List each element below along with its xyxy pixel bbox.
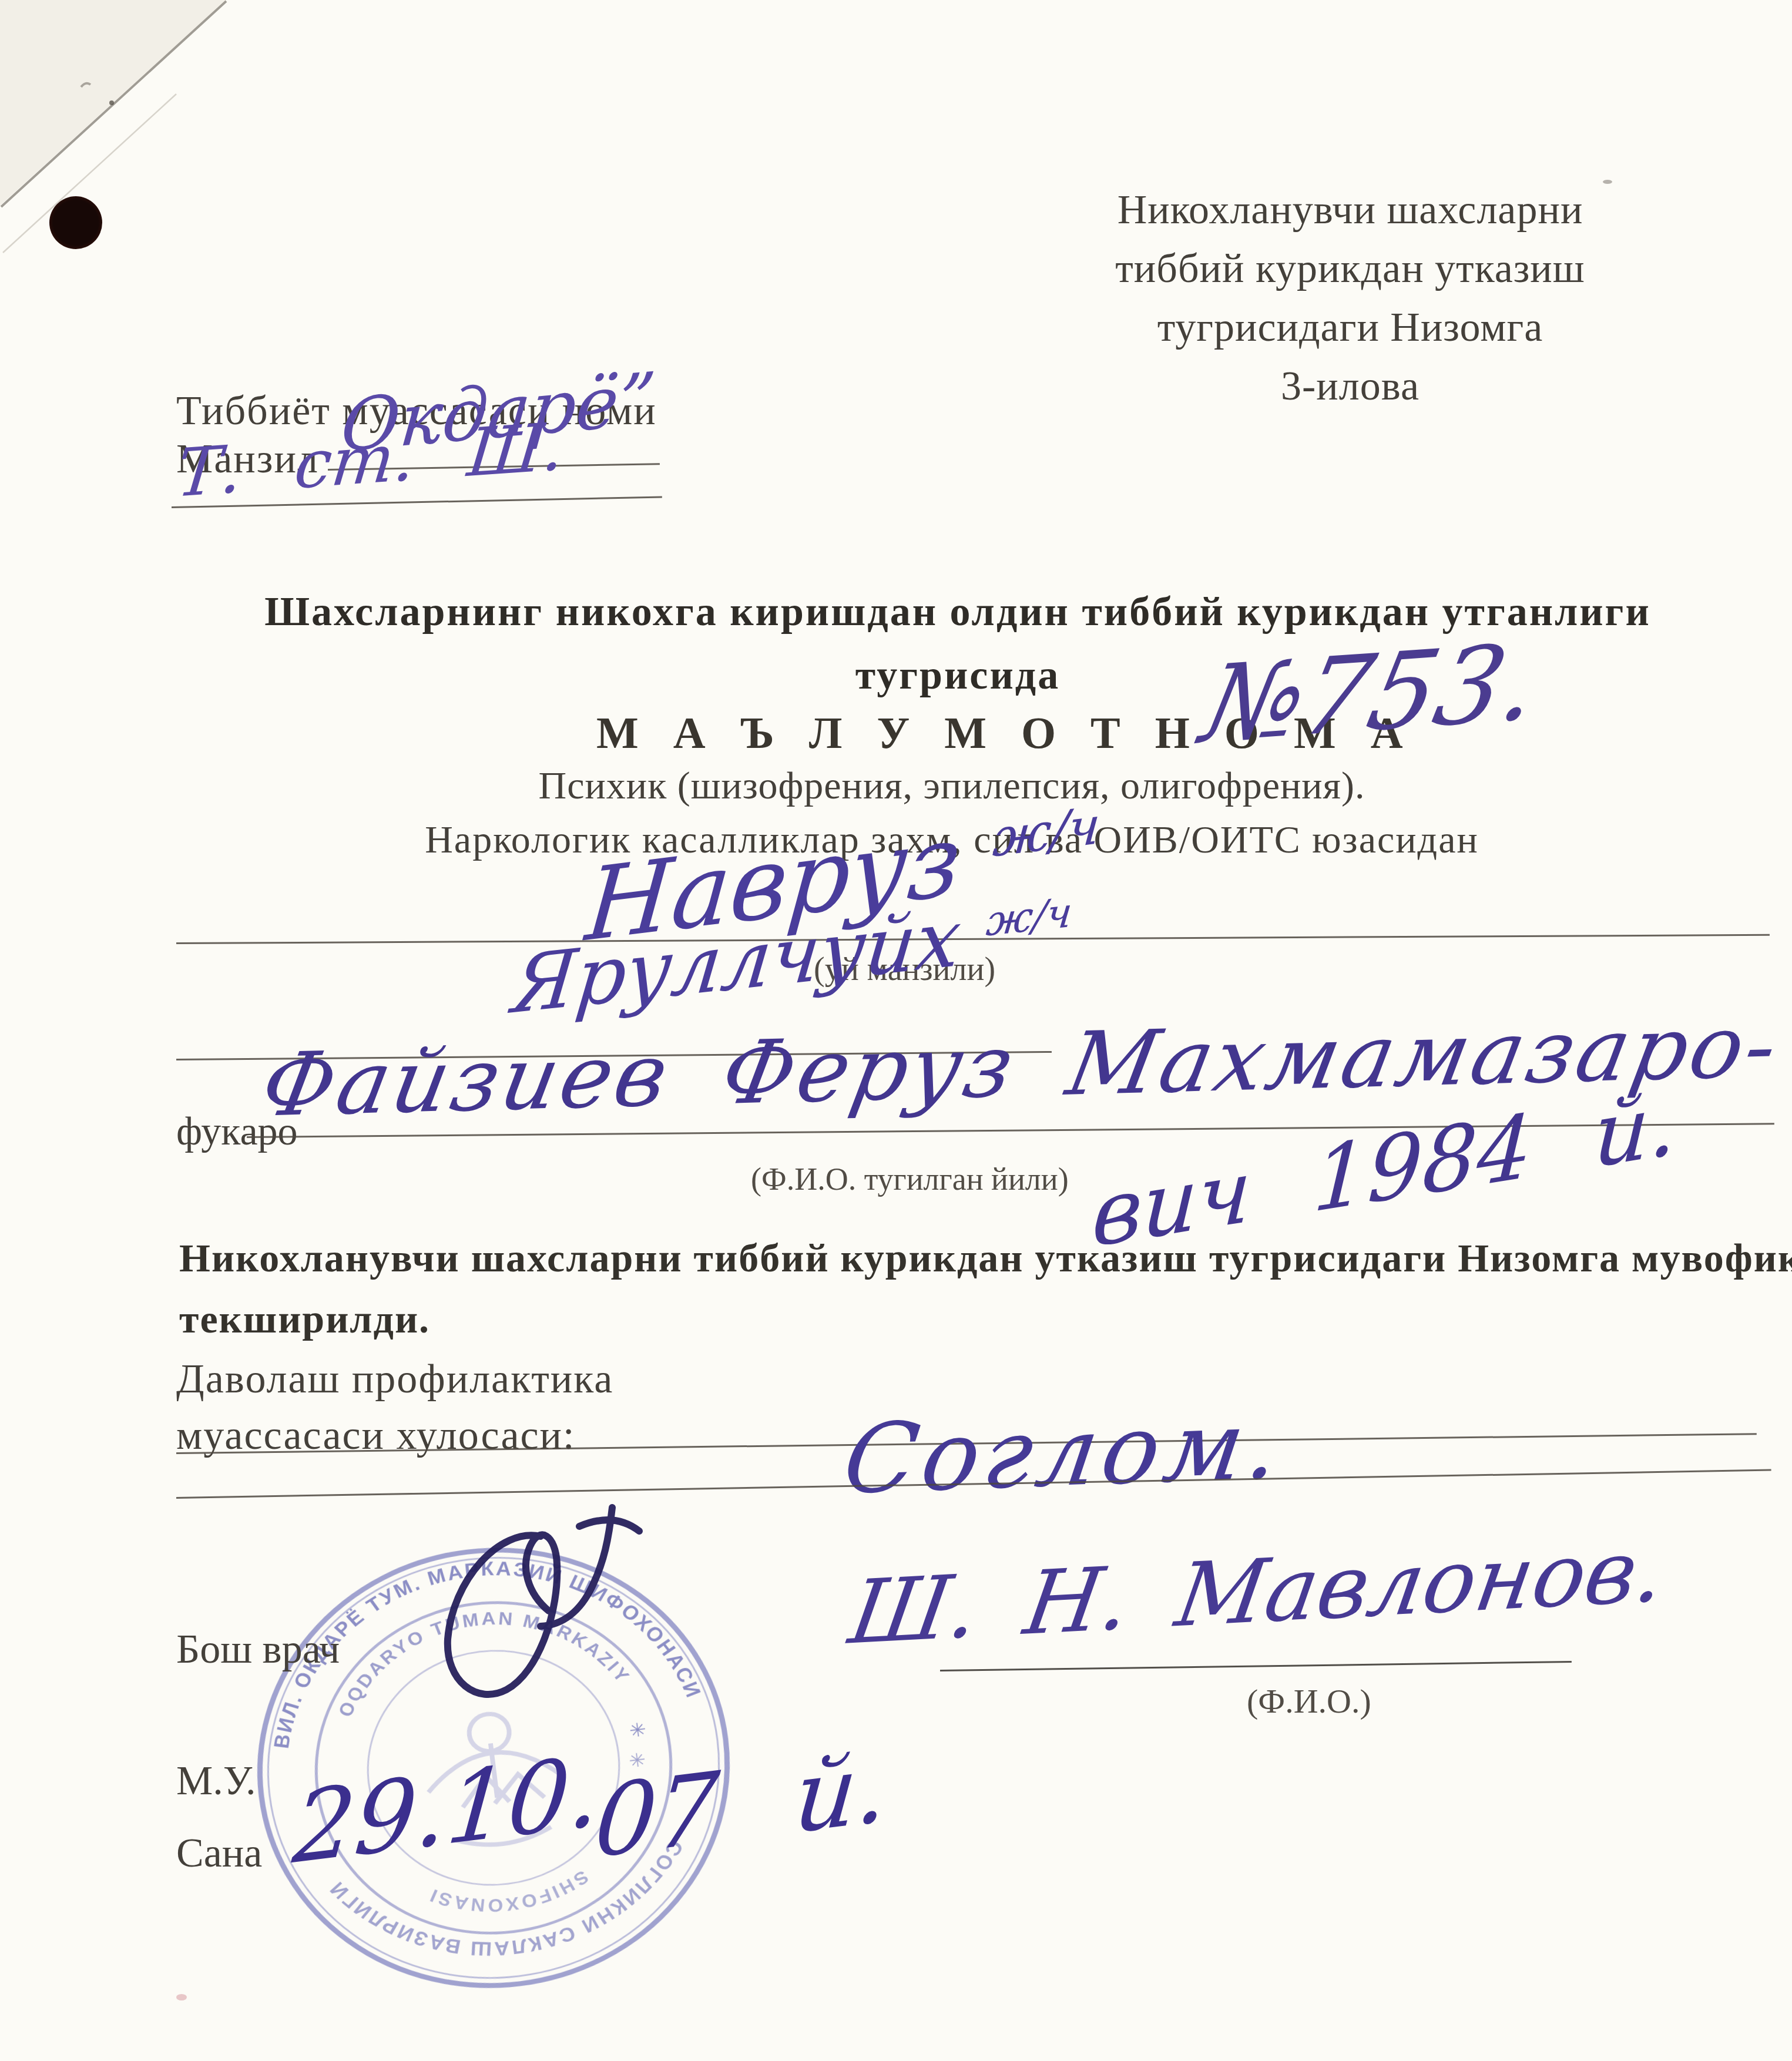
regulation-note-line3: тугрисидаги Низомга	[1092, 298, 1609, 357]
chief-doctor-signature-icon	[364, 1492, 693, 1739]
punch-hole-top	[49, 196, 102, 249]
punch-hole-middle	[78, 1042, 166, 1129]
certificate-subtitle1: Психик (шизофрения, эпилепсия, олигофрен…	[188, 764, 1716, 808]
conclusion-label-line1: Даволаш профилактика	[176, 1356, 613, 1403]
certificate-number-handwritten: №753.	[1193, 620, 1550, 767]
folded-corner-region	[0, 0, 229, 209]
scan-speck-pink	[176, 1994, 187, 2000]
residence2-suffix: ж/ч	[984, 888, 1075, 946]
regulation-note-line2: тиббий курикдан утказиш	[1092, 240, 1609, 298]
chief-doctor-label: Бош врач	[176, 1626, 340, 1673]
regulation-note: Никохланувчи шахсларни тиббий курикдан у…	[1092, 181, 1609, 416]
citizen-caption: (Ф.И.О. тугилган йили)	[751, 1161, 1069, 1197]
chief-name-line	[940, 1661, 1572, 1671]
chief-name-handwritten: Ш. Н. Мавлонов.	[843, 1519, 1672, 1664]
date-label: Сана	[176, 1830, 262, 1877]
conclusion-handwritten: Соглом.	[837, 1389, 1291, 1516]
regulation-note-line1: Никохланувчи шахсларни	[1092, 181, 1609, 240]
regulation-note-line4: 3-илова	[1092, 357, 1609, 416]
statement-line2: текширилди.	[179, 1296, 430, 1342]
chief-fio-caption: (Ф.И.О.)	[1247, 1681, 1371, 1721]
mu-label: М.У.	[176, 1758, 256, 1805]
scanned-certificate-page: Никохланувчи шахсларни тиббий курикдан у…	[0, 0, 1792, 2061]
statement-line1: Никохланувчи шахсларни тиббий курикдан у…	[179, 1235, 1792, 1281]
residence-suffix: ж/ч	[991, 795, 1103, 869]
